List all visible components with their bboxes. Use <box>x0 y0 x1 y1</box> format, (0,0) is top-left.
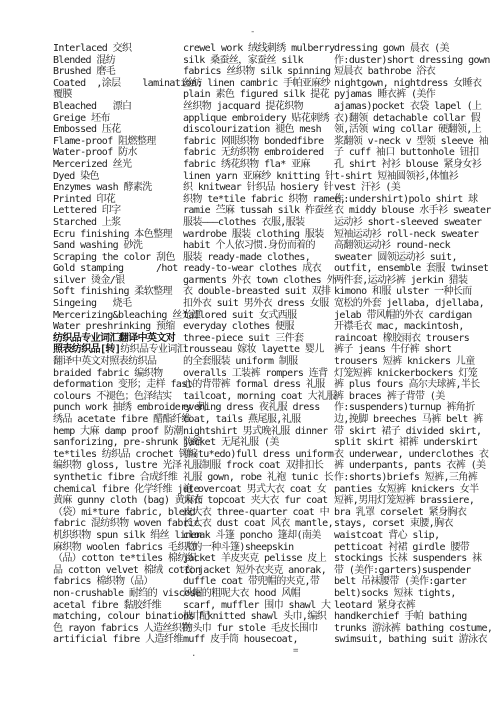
text-line: jacket 无尾礼服 (美 <box>183 437 345 449</box>
text-line: wardrobe 服装 clothing 服装 <box>183 229 345 241</box>
text-line: ready-to-wear clothes 成衣 <box>183 263 345 275</box>
text-line: applique embroidery 贴花刺绣 <box>183 113 345 125</box>
text-line: t-shirt 短袖圆领衫,体恤衫 <box>334 171 492 183</box>
text-line: linen yarn 亚麻纱 knitting 针 <box>183 171 345 183</box>
text-line: 作:suspenders)turnup 裤角折 <box>334 402 492 414</box>
text-line: 服装———clothes 衣服,服装 <box>183 217 345 229</box>
text-line: leotard 紧身衣裤 <box>334 600 492 612</box>
text-line: vest 汗衫 (美 <box>334 182 492 194</box>
text-line: 孔 shirt 衬衫 blouse 紧身女衫 <box>334 159 492 171</box>
text-line: 衣 underwear, underclothes 衣 <box>334 449 492 461</box>
text-line: handkerchief 手帕 bathing <box>334 611 492 623</box>
text-line: 礼服 gown, robe 礼袍 tunic 长 <box>183 472 345 484</box>
text-line: raincoat 橡胶雨衣 trousers <box>334 333 492 345</box>
text-line: 风帽的粗呢大衣 hood 风帽 <box>183 588 345 600</box>
text-line: trousseau 嫁妆 layette 婴儿 <box>183 344 345 356</box>
text-line: 宽松的外套 jellaba, djellaba, <box>334 298 492 310</box>
text-line: 丝织物 jacquard 提花织物 <box>183 101 345 113</box>
text-line: 作:duster)short dressing gown <box>334 55 492 67</box>
text-line: 裤 underpants, pants 衣裤 (美 <box>334 460 492 472</box>
text-line: 织 knitwear 针织品 hosiery 针 <box>183 182 345 194</box>
text-line: petticoat 衬裙 girdle 腰带 <box>334 542 492 554</box>
text-line: 作:tu*edo)full dress uniform <box>183 449 345 461</box>
text-line: discolourization 褪色 mesh <box>183 124 345 136</box>
text-line: pyjamas 睡衣裤 (美作 <box>334 89 492 101</box>
text-line: 子 cuff 袖口 buttonhole 钮扣 <box>334 147 492 159</box>
text-line: nightshirt 男式晚礼服 dinner <box>183 426 345 438</box>
text-line: silk 桑蚕丝，家蚕丝 silk <box>183 55 345 67</box>
text-line: 短袖运动衫 roll-neck sweater <box>334 229 492 241</box>
text-line: waistcoat 背心 slip, <box>334 530 492 542</box>
text-line: 衣)翻领 detachable collar 假 <box>334 113 492 125</box>
text-line: cloak 斗篷 poncho 篷却(南美 <box>183 530 345 542</box>
text-line: 带 (美作:garters)suspender <box>334 565 492 577</box>
text-line: garments 外衣 town clothes 外 <box>183 275 345 287</box>
text-line: trousers 短裤 knickers 儿童 <box>334 356 492 368</box>
text-line: outfit, ensemble 套服 twinset <box>334 263 492 275</box>
scan-artifact-bottom-mark: = <box>293 647 298 656</box>
text-line: 裤 braces 裤子背带 (美 <box>334 391 492 403</box>
text-line: swimsuit, bathing suit 游泳衣 <box>334 634 492 646</box>
text-line: panties 女短裤 knickers 女半 <box>334 484 492 496</box>
text-line: 浆翻领 v-neck v 型领 sleeve 袖 <box>334 136 492 148</box>
text-line: 作:shorts)briefs 短裤,三角裤 <box>334 472 492 484</box>
text-line: 扣外衣 suit 男外衣 dress 女服 <box>183 298 345 310</box>
text-line: 丝纺 linen cambric 手帕亚麻纱 <box>183 78 345 90</box>
text-line: 高翻领运动衫 round-neck <box>334 240 492 252</box>
text-line: belt)socks 短袜 tights, <box>334 588 492 600</box>
text-line: 运动衫 short-sleeved sweater <box>334 217 492 229</box>
text-line: 长大衣 dust coat 风衣 mantle, <box>183 518 345 530</box>
text-line: jelab 带风帽的外衣 cardigan <box>334 310 492 322</box>
text-line: tailored suit 女式西服 <box>183 310 345 322</box>
text-line: 裤子 jeans 牛仔裤 short <box>334 344 492 356</box>
text-line: ajamas)pocket 衣袋 lapel (上 <box>334 101 492 113</box>
text-line: fabric 无纺织物 embroidered <box>183 147 345 159</box>
text-line: trunks 游泳裤 bathing costume, <box>334 623 492 635</box>
text-line: plain 素色 figured silk 提花 <box>183 89 345 101</box>
text-line: 皮大衣 three-quarter coat 中 <box>183 507 345 519</box>
text-line: 大衣 topcoat 夹大衣 fur coat <box>183 495 345 507</box>
text-line: evening dress 夜礼服 dress <box>183 402 345 414</box>
text-line: nightgown, nightdress 女睡衣 <box>334 78 492 90</box>
text-line: dressing gown 晨衣 (美 <box>334 43 492 55</box>
text-line: 心的背带裤 formal dress 礼服 <box>183 379 345 391</box>
text-line: 衣 double-breasted suit 双排 <box>183 286 345 298</box>
text-line: 礼服制服 frock coat 双排扣长 <box>183 460 345 472</box>
text-line: fabric 网眼织物 bondedfibre <box>183 136 345 148</box>
text-line: 领,活领 wing collar 硬翻领,上 <box>334 124 492 136</box>
text-line: habit 个人依习惯.身份而着的 <box>183 240 345 252</box>
text-line: crewel work 绒线刺绣 mulberry <box>183 43 345 55</box>
text-line: 衣 jacket 短外衣夹克 anorak, <box>183 565 345 577</box>
text-line: 带 skirt 裙子 divided skirt, <box>334 426 492 438</box>
text-line: coat, tails 燕尾服,礼服 <box>183 414 345 426</box>
document-page: - Interlaced 交织Blended 混纺Brushed 磨毛Coate… <box>0 0 496 702</box>
text-line: 开襟毛衣 mac, mackintosh, <box>334 321 492 333</box>
text-line: stockings 长袜 suspenders 袜 <box>334 553 492 565</box>
text-line: 服装 ready-made clothes, <box>183 252 345 264</box>
text-line: jacket 羊皮夹克 pelisse 皮上 <box>183 553 345 565</box>
text-line: 作:undershirt)polo shirt 球 <box>334 194 492 206</box>
text-line: fabric 绣花织物 fla* 亚麻 <box>183 159 345 171</box>
text-line: 的头巾 fur stole 毛皮长围巾 <box>183 623 345 635</box>
scan-artifact-bottom-dot: . <box>191 650 196 659</box>
text-line: 衣 middy blouse 水手衫 sweater <box>334 205 492 217</box>
text-line: sweater 圆领运动衫 suit, <box>334 252 492 264</box>
text-line: fabrics 丝织物 silk spinning <box>183 66 345 78</box>
text-line: duffle coat 带兜帽的夹克,带 <box>183 576 345 588</box>
text-line: kimono 和服 ulster 一种长而 <box>334 286 492 298</box>
text-column-3: dressing gown 晨衣 (美作:duster)short dressi… <box>334 43 492 646</box>
text-line: muff 皮手筒 housecoat, <box>183 634 345 646</box>
text-line: belt 吊袜腰带 (美作:garter <box>334 576 492 588</box>
text-line: tailcoat, morning coat 大礼服 <box>183 391 345 403</box>
text-line: bra 乳罩 corselet 紧身胸衣 <box>334 507 492 519</box>
text-line: 灯笼短裤 knickerbockers 灯笼 <box>334 368 492 380</box>
text-line: stays, corset 束腰,胸衣 <box>334 518 492 530</box>
text-line: three-piece suit 三件套 <box>183 333 345 345</box>
text-line: 裤 plus fours 高尔夫球裤,半长 <box>334 379 492 391</box>
text-line: 短晨衣 bathrobe 浴衣 <box>334 66 492 78</box>
text-column-2: crewel work 绒线刺绣 mulberrysilk 桑蚕丝，家蚕丝 si… <box>183 43 345 646</box>
text-line: 两件套,运动衫裤 jerkin 猎装 <box>334 275 492 287</box>
text-line: 短裤,男用灯笼短裤 brassiere, <box>334 495 492 507</box>
text-line: 披巾 knitted shawl 头巾,编织 <box>183 611 345 623</box>
text-line: 边,挽脚 breeches 马裤 belt 裤 <box>334 414 492 426</box>
scan-artifact-top: - <box>250 28 255 37</box>
text-line: split skirt 裙裤 underskirt <box>334 437 492 449</box>
text-line: everyday clothes 便服 <box>183 321 345 333</box>
text-line: 织物 te*tile fabric 织物 ramee, <box>183 194 345 206</box>
text-line: scarf, muffler 围巾 shawl 大 <box>183 600 345 612</box>
text-line: 人的一种斗篷)sheepskin <box>183 542 345 554</box>
text-line: 袍 overcoat 男式大衣 coat 女 <box>183 484 345 496</box>
text-line: ramie 苎麻 tussah silk 柞蚕丝 <box>183 205 345 217</box>
text-line: 的全套服装 uniform 制服 <box>183 356 345 368</box>
text-line: overalls 工装裤 rompers 连背 <box>183 368 345 380</box>
